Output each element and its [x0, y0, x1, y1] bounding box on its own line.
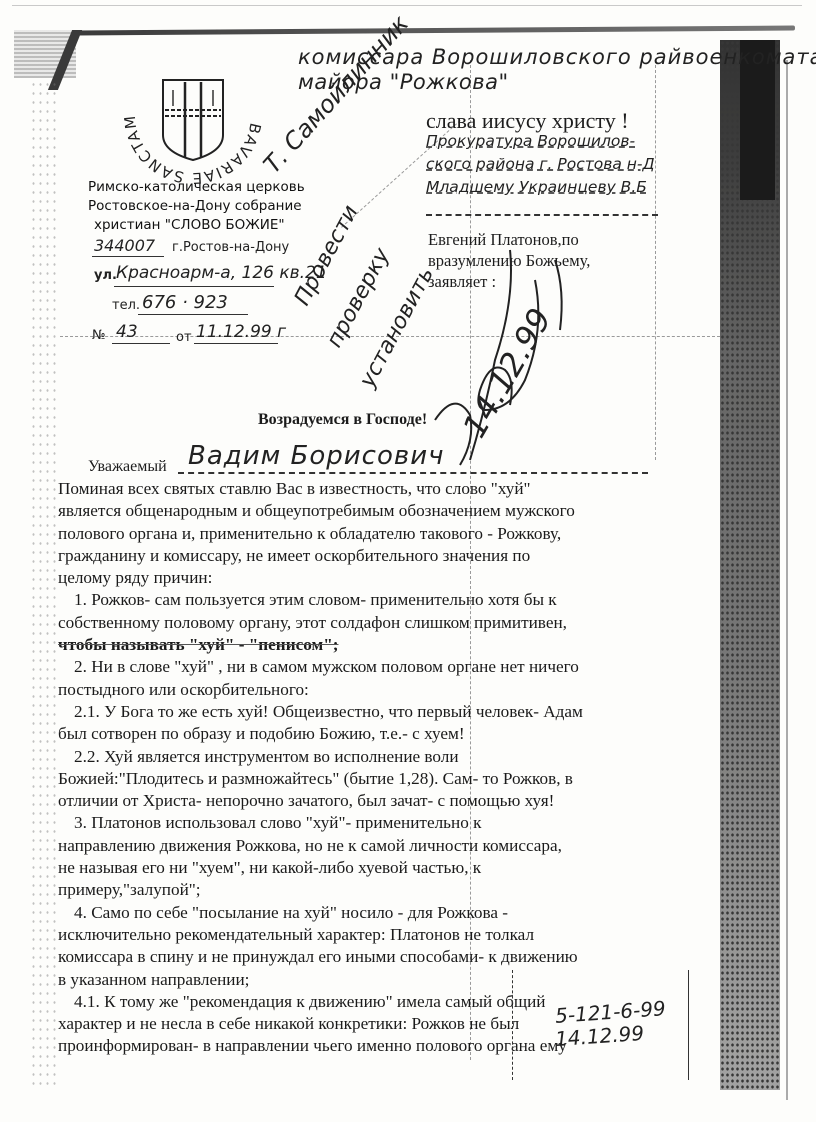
resolution-line-1: Т. Самойлинник — [258, 10, 414, 179]
scan-top-stroke — [75, 25, 795, 35]
signature-icon — [415, 240, 595, 470]
street-underline — [114, 286, 274, 287]
salutation-name: Вадим Борисович — [188, 441, 444, 471]
scan-edge-line — [12, 5, 802, 6]
street-label: ул. — [94, 268, 117, 283]
letterhead-line-1: Римско-католическая церковь — [88, 178, 328, 197]
body-line: примеру,"залупой"; — [58, 879, 698, 901]
scan-edge-right — [786, 60, 788, 1100]
body-line: не называя его ни "хуем", ни какой-либо … — [58, 857, 698, 879]
fold-line-vertical-right — [655, 60, 656, 460]
body-line: 2.2. Хуй является инструментом во исполн… — [58, 746, 698, 768]
body-line: полового органа и, применительно к облад… — [58, 523, 698, 545]
recipient-line-1: Прокуратура Ворошилов- — [426, 132, 635, 150]
number-label: № — [92, 328, 106, 343]
date-label: от — [176, 330, 192, 345]
body-line: исключительно рекомендательный характер:… — [58, 924, 698, 946]
letterhead: Римско-католическая церковь Ростовское-н… — [88, 178, 328, 235]
recipient-line-2: ского района г. Ростова н-Д — [426, 155, 655, 173]
svg-text:BAVARIAE SANCTAM CRUCEM CHRIST: BAVARIAE SANCTAM CRUCEM CHRISTI — [118, 40, 264, 187]
body-line: 4. Само по себе "посылание на хуй" носил… — [58, 902, 698, 924]
seal-emblem-icon: BAVARIAE SANCTAM CRUCEM CHRISTI — [118, 40, 268, 190]
scan-noise-left — [30, 80, 60, 1090]
body-line: был сотворен по образу и подобию Божию, … — [58, 723, 698, 745]
greeting-header: слава иисусу христу ! — [426, 108, 629, 134]
salutation-dash-line — [178, 472, 648, 474]
body-line: отличии от Христа- непорочно зачатого, б… — [58, 790, 698, 812]
scanned-letter-page: BAVARIAE SANCTAM CRUCEM CHRISTI Римско-к… — [0, 0, 816, 1122]
postcode: 344007 — [94, 236, 155, 255]
body-line: собственному половому органу, этот солда… — [58, 612, 698, 634]
body-line: 1. Рожков- сам пользуется этим словом- п… — [58, 589, 698, 611]
recipient-dash-line — [426, 214, 658, 216]
number-underline — [112, 343, 170, 344]
body-line: чтобы называть "хуй" - "пенисом"; — [58, 634, 698, 656]
letter-heading: Возрадуемся в Господе! — [258, 411, 427, 429]
body-line: является общенародным и общеупотребимым … — [58, 500, 698, 522]
city: г.Ростов-на-Дону — [172, 240, 289, 255]
body-line: гражданину и комиссару, не имеет оскорби… — [58, 545, 698, 567]
letterhead-line-3: христиан "СЛОВО БОЖИЕ" — [88, 216, 328, 235]
body-line: направлению движения Рожкова, но не к са… — [58, 835, 698, 857]
phone-underline — [138, 314, 248, 315]
body-line: постыдного или оскорбительного: — [58, 679, 698, 701]
body-line: комиссара в спину и не принуждал его ины… — [58, 946, 698, 968]
letterhead-line-2: Ростовское-на-Дону собрание — [88, 197, 328, 216]
body-line: Поминая всех святых ставлю Вас в известн… — [58, 478, 698, 500]
body-line: 3. Платонов использовал слово "хуй"- при… — [58, 812, 698, 834]
body-line: целому ряду причин: — [58, 567, 698, 589]
phone-label: тел. — [112, 298, 140, 313]
body-line: 2. Ни в слове "хуй" , ни в самом мужском… — [58, 656, 698, 678]
body-line: 2.1. У Бога то же есть хуй! Общеизвестно… — [58, 701, 698, 723]
recipient-line-3: Младшему Украинцеву В.Б — [426, 178, 647, 196]
salutation-label: Уважаемый — [88, 458, 167, 476]
postcode-underline — [92, 256, 164, 257]
church-seal: BAVARIAE SANCTAM CRUCEM CHRISTI — [118, 40, 268, 190]
street-value: Красноарм-а, 126 кв.21 — [116, 263, 327, 283]
phone-value: 676 · 923 — [142, 292, 228, 313]
date-underline — [194, 343, 278, 344]
date-value: 11.12.99 г — [196, 322, 286, 342]
number-value: 43 — [116, 322, 138, 342]
body-line: Божией:"Плодитесь и размножайтесь" (быти… — [58, 768, 698, 790]
